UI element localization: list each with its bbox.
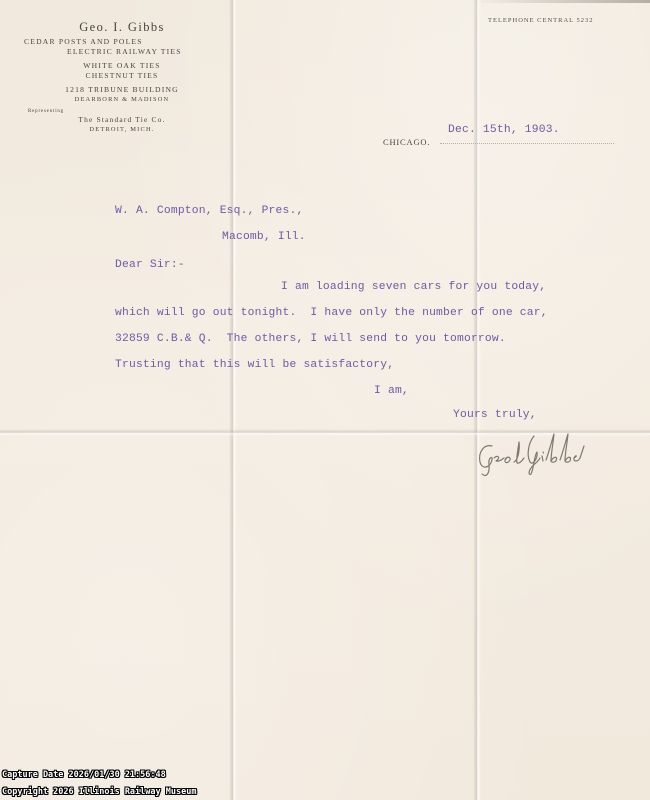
letterhead-address-cross: DEARBORN & MADISON (22, 95, 222, 104)
copyright-stamp: Copyright 2026 Illinois Railway Museum (2, 787, 196, 797)
letterhead-company: The Standard Tie Co. (22, 115, 222, 125)
date-rule (440, 143, 614, 144)
vertical-fold-right (473, 0, 481, 800)
capture-date-stamp: Capture Date 2026/01/30 21:56:48 (2, 770, 166, 780)
letterhead-line-electric: ELECTRIC RAILWAY TIES (22, 47, 222, 57)
body-line-3: 32859 C.B.& Q. The others, I will send t… (115, 333, 506, 345)
closing-yours-truly: Yours truly, (453, 409, 537, 421)
body-line-4: Trusting that this will be satisfactory, (115, 359, 394, 371)
closing-i-am: I am, (374, 385, 409, 397)
body-line-2: which will go out tonight. I have only t… (115, 307, 548, 319)
letter-date: Dec. 15th, 1903. (448, 124, 560, 136)
letterhead-line-chestnut: CHESTNUT TIES (22, 71, 222, 81)
dateline-city: Chicago. (383, 137, 430, 147)
letterhead: Geo. I. Gibbs CEDAR POSTS AND POLES ELEC… (22, 20, 222, 134)
letterhead-address: 1218 TRIBUNE BUILDING (22, 85, 222, 95)
salutation: Dear Sir:- (115, 259, 185, 271)
signature-geo-i-gibbs (474, 428, 604, 478)
vertical-fold-left (229, 0, 237, 800)
letterhead-line-oak: WHITE OAK TIES (22, 61, 222, 71)
telephone-number: TELEPHONE CENTRAL 5232 (488, 17, 594, 24)
letterhead-representing: Representing (22, 108, 222, 115)
body-line-1: I am loading seven cars for you today, (281, 281, 546, 293)
recipient-city: Macomb, Ill. (222, 231, 306, 243)
recipient-name: W. A. Compton, Esq., Pres., (115, 205, 303, 217)
letterhead-line-cedar: CEDAR POSTS AND POLES (22, 37, 222, 47)
paper-edge-shadow (470, 0, 650, 3)
letterhead-company-city: DETROIT, MICH. (22, 125, 222, 134)
letterhead-name: Geo. I. Gibbs (22, 20, 222, 35)
